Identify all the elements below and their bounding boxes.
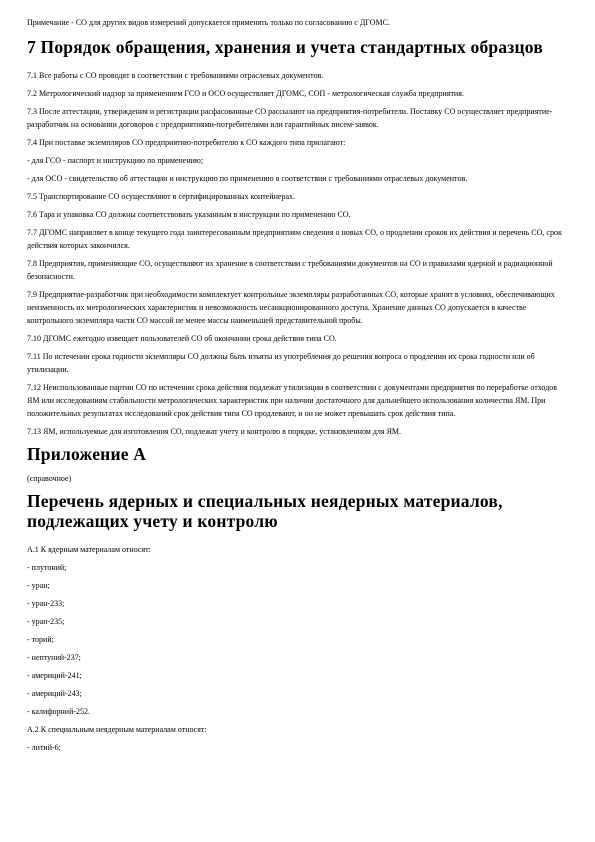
appendix-a-title: Перечень ядерных и специальных неядерных… <box>27 491 568 531</box>
list-item-oso: - для ОСО - свидетельство об аттестации … <box>27 172 568 185</box>
list-item-special: - литий-6; <box>27 741 568 754</box>
paragraph-a-1: А.1 К ядерным материалам относят: <box>27 543 568 556</box>
list-item-nuclear: - нептуний-237; <box>27 651 568 664</box>
paragraph-a-2: А.2 К специальным неядерным материалам о… <box>27 723 568 736</box>
section-7-heading: 7 Порядок обращения, хранения и учета ст… <box>27 37 568 57</box>
paragraph-7-12: 7.12 Неиспользованные партии СО по истеч… <box>27 381 568 420</box>
document-page: Примечание - СО для других видов измерен… <box>0 0 595 842</box>
list-item-nuclear: - плутоний; <box>27 561 568 574</box>
appendix-a-heading: Приложение А <box>27 444 568 464</box>
list-item-nuclear: - уран-235; <box>27 615 568 628</box>
list-item-nuclear: - уран; <box>27 579 568 592</box>
list-item-nuclear: - америций-243; <box>27 687 568 700</box>
list-item-nuclear: - америций-241; <box>27 669 568 682</box>
paragraph-7-10: 7.10 ДГОМС ежегодно извещает пользовател… <box>27 332 568 345</box>
paragraph-7-4: 7.4 При поставке экземпляров СО предприя… <box>27 136 568 149</box>
paragraph-7-3: 7.3 После аттестации, утверждения и реги… <box>27 105 568 131</box>
list-item-nuclear: - калифорний-252. <box>27 705 568 718</box>
list-item-gso: - для ГСО - паспорт и инструкцию по прим… <box>27 154 568 167</box>
paragraph-7-8: 7.8 Предприятия, применяющие СО, осущест… <box>27 257 568 283</box>
paragraph-7-2: 7.2 Метрологический надзор за применение… <box>27 87 568 100</box>
list-item-nuclear: - торий; <box>27 633 568 646</box>
paragraph-7-7: 7.7 ДГОМС направляет в конце текущего го… <box>27 226 568 252</box>
paragraph-7-5: 7.5 Транспортирование СО осуществляют в … <box>27 190 568 203</box>
paragraph-7-11: 7.11 По истечении срока годности экземпл… <box>27 350 568 376</box>
appendix-a-note: (справочное) <box>27 472 568 485</box>
note-paragraph: Примечание - СО для других видов измерен… <box>27 16 568 29</box>
paragraph-7-6: 7.6 Тара и упаковка СО должны соответств… <box>27 208 568 221</box>
paragraph-7-9: 7.9 Предприятие-разработчик при необходи… <box>27 288 568 327</box>
paragraph-7-13: 7.13 ЯМ, используемые для изготовления С… <box>27 425 568 438</box>
paragraph-7-1: 7.1 Все работы с СО проводят в соответст… <box>27 69 568 82</box>
list-item-nuclear: - уран-233; <box>27 597 568 610</box>
